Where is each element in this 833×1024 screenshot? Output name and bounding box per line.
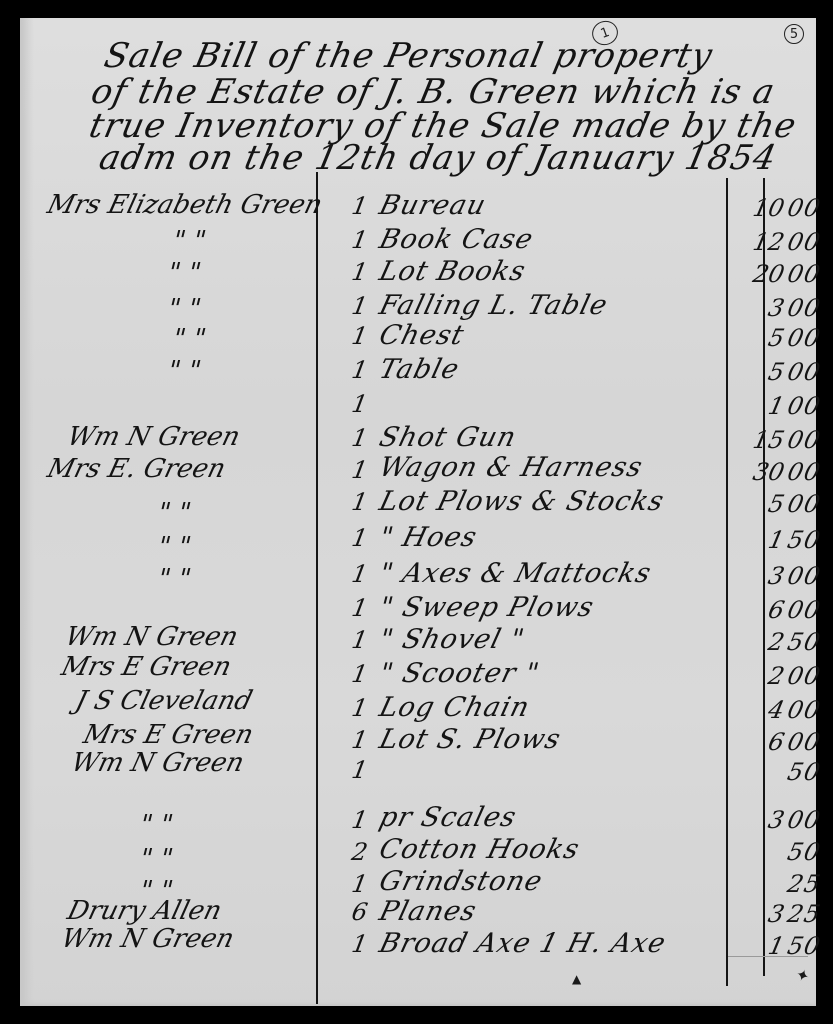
amount-cents: 00 bbox=[785, 662, 833, 690]
buyer-name: Mrs E. Green bbox=[44, 454, 336, 484]
ledger-page: 1 5 Sale Bill of the Personal property o… bbox=[20, 18, 816, 1006]
buyer-name: Mrs Elizabeth Green bbox=[44, 190, 336, 220]
item-description: Falling L. Table bbox=[376, 290, 744, 321]
amount-cents: 00 bbox=[785, 324, 833, 352]
buyer-name: J S Cleveland bbox=[44, 686, 364, 716]
amount-cents: 50 bbox=[785, 758, 833, 786]
item-description: Book Case bbox=[376, 224, 744, 255]
item-description: Lot Plows & Stocks bbox=[376, 486, 744, 517]
amount-cents: 25 bbox=[785, 900, 833, 928]
title-line-4: adm on the 12th day of January 1854 bbox=[96, 138, 781, 178]
amount-dollars: 2 bbox=[743, 662, 789, 690]
amount-dollars: 3 bbox=[743, 562, 789, 590]
quantity: 1 bbox=[350, 756, 383, 784]
amount-dollars: 1 bbox=[743, 526, 789, 554]
amount-cents: 50 bbox=[785, 628, 833, 656]
item-description: pr Scales bbox=[376, 802, 744, 833]
amount-cents: 50 bbox=[785, 526, 833, 554]
item-description: Log Chain bbox=[376, 692, 744, 723]
page-number-text: 5 bbox=[790, 27, 798, 42]
amount-dollars: 6 bbox=[743, 596, 789, 624]
buyer-name: Wm N Green bbox=[44, 422, 356, 452]
amount-cents: 25 bbox=[785, 870, 833, 898]
amount-cents: 00 bbox=[785, 228, 833, 256]
amount-dollars: 3 bbox=[743, 806, 789, 834]
amount-cents: 50 bbox=[785, 838, 833, 866]
amount-dollars: 5 bbox=[743, 490, 789, 518]
item-description: Planes bbox=[376, 896, 744, 927]
amount-dollars: 4 bbox=[743, 696, 789, 724]
item-description: " Sweep Plows bbox=[376, 592, 744, 623]
amount-cents: 00 bbox=[785, 728, 833, 756]
item-description: " Shovel " bbox=[376, 624, 744, 655]
item-description: Lot S. Plows bbox=[376, 724, 744, 755]
amount-cents: 00 bbox=[785, 260, 833, 288]
amount-cents: 00 bbox=[785, 458, 833, 486]
amount-cents: 00 bbox=[785, 696, 833, 724]
buyer-name: Mrs E Green bbox=[44, 652, 350, 682]
amount-cents: 00 bbox=[785, 426, 833, 454]
ink-blot: ✦ bbox=[793, 964, 812, 986]
amount-cents: 00 bbox=[785, 294, 833, 322]
item-description: " Scooter " bbox=[376, 658, 744, 689]
page-number: 5 bbox=[784, 24, 804, 44]
buyer-name: Wm N Green bbox=[44, 924, 350, 954]
ink-blot: ▲ bbox=[572, 972, 581, 986]
amount-dollars: 15 bbox=[743, 426, 789, 454]
amount-dollars: 20 bbox=[743, 260, 789, 288]
amount-dollars: 12 bbox=[743, 228, 789, 256]
item-description: Chest bbox=[376, 320, 744, 351]
item-description: Shot Gun bbox=[376, 422, 744, 453]
buyer-name: Wm N Green bbox=[44, 622, 354, 652]
amount-dollars: 5 bbox=[743, 324, 789, 352]
title-line-1: Sale Bill of the Personal property bbox=[101, 36, 717, 76]
amount-dollars: 2 bbox=[743, 628, 789, 656]
buyer-name: Mrs E Green bbox=[44, 720, 372, 750]
item-description: Lot Books bbox=[376, 256, 744, 287]
item-description: Wagon & Harness bbox=[376, 452, 744, 483]
amount-cents: 00 bbox=[785, 392, 833, 420]
amount-dollars: 10 bbox=[743, 194, 789, 222]
item-description: Table bbox=[376, 354, 744, 385]
item-description: Broad Axe 1 H. Axe bbox=[376, 928, 744, 959]
amount-cents: 00 bbox=[785, 806, 833, 834]
amount-dollars: 30 bbox=[743, 458, 789, 486]
amount-dollars: 1 bbox=[743, 392, 789, 420]
amount-dollars: 1 bbox=[743, 932, 789, 960]
quantity: 1 bbox=[350, 390, 383, 418]
item-description: " Axes & Mattocks bbox=[376, 558, 744, 589]
amount-cents: 50 bbox=[785, 932, 833, 960]
buyer-name: Drury Allen bbox=[44, 896, 356, 926]
item-description: Grindstone bbox=[376, 866, 744, 897]
amount-cents: 00 bbox=[785, 358, 833, 386]
item-description: Bureau bbox=[376, 190, 744, 221]
buyer-name: Wm N Green bbox=[44, 748, 360, 778]
amount-dollars: 5 bbox=[743, 358, 789, 386]
item-description: Cotton Hooks bbox=[376, 834, 744, 865]
amount-cents: 00 bbox=[785, 562, 833, 590]
amount-cents: 00 bbox=[785, 596, 833, 624]
amount-dollars: 3 bbox=[743, 900, 789, 928]
amount-dollars: 6 bbox=[743, 728, 789, 756]
amount-cents: 00 bbox=[785, 490, 833, 518]
amount-cents: 00 bbox=[785, 194, 833, 222]
amount-dollars: 3 bbox=[743, 294, 789, 322]
item-description: " Hoes bbox=[376, 522, 744, 553]
